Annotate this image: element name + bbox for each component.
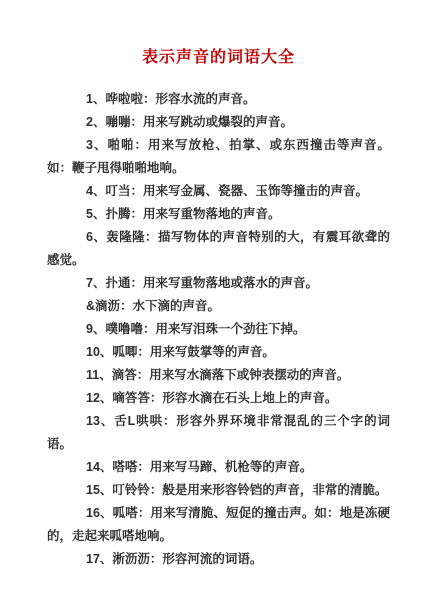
list-item: 1、哗啦啦：形容水流的声音。 xyxy=(47,88,390,111)
list-item: 6、轰隆隆：描写物体的声音特别的大，有震耳欲聋的感觉。 xyxy=(47,226,390,272)
list-item: 14、嗒嗒：用来写马蹄、机枪等的声音。 xyxy=(47,456,390,479)
list-item: 4、叮当：用来写金属、瓷器、玉饰等撞击的声音。 xyxy=(47,180,390,203)
list-item: 7、扑通：用来写重物落地或落水的声音。 xyxy=(47,272,390,295)
list-item: 16、呱嗒：用来写清脆、短促的撞击声。如：地是冻硬的，走起来呱嗒地响。 xyxy=(47,502,390,548)
word-list: 1、哗啦啦：形容水流的声音。 2、嘣嘣：用来写跳动或爆裂的声音。 3、啪啪：用来… xyxy=(47,88,390,571)
list-item: 12、嘀答答：形容水滴在石头上地上的声音。 xyxy=(47,387,390,410)
page-title: 表示声音的词语大全 xyxy=(47,44,390,67)
list-item: 2、嘣嘣：用来写跳动或爆裂的声音。 xyxy=(47,111,390,134)
list-item: 9、噗噜噜：用来写泪珠一个劲往下掉。 xyxy=(47,318,390,341)
list-item: 13、舌L哄哄：形容外界环境非常混乱的三个字的词语。 xyxy=(47,410,390,456)
list-item: 11、滴答：用来写水滴落下或钟表摆动的声音。 xyxy=(47,364,390,387)
list-item: &滴沥：水下滴的声音。 xyxy=(47,295,390,318)
list-item: 3、啪啪：用来写放枪、拍掌、或东西撞击等声音。如：鞭子甩得啪啪地响。 xyxy=(47,134,390,180)
document-page: 表示声音的词语大全 1、哗啦啦：形容水流的声音。 2、嘣嘣：用来写跳动或爆裂的声… xyxy=(0,0,423,600)
list-item: 10、呱唧：用来写鼓掌等的声音。 xyxy=(47,341,390,364)
list-item: 17、淅沥沥：形容河流的词语。 xyxy=(47,548,390,571)
list-item: 15、叮铃铃：般是用来形容铃铛的声音，非常的清脆。 xyxy=(47,479,390,502)
list-item: 5、扑腾：用来写重物落地的声音。 xyxy=(47,203,390,226)
